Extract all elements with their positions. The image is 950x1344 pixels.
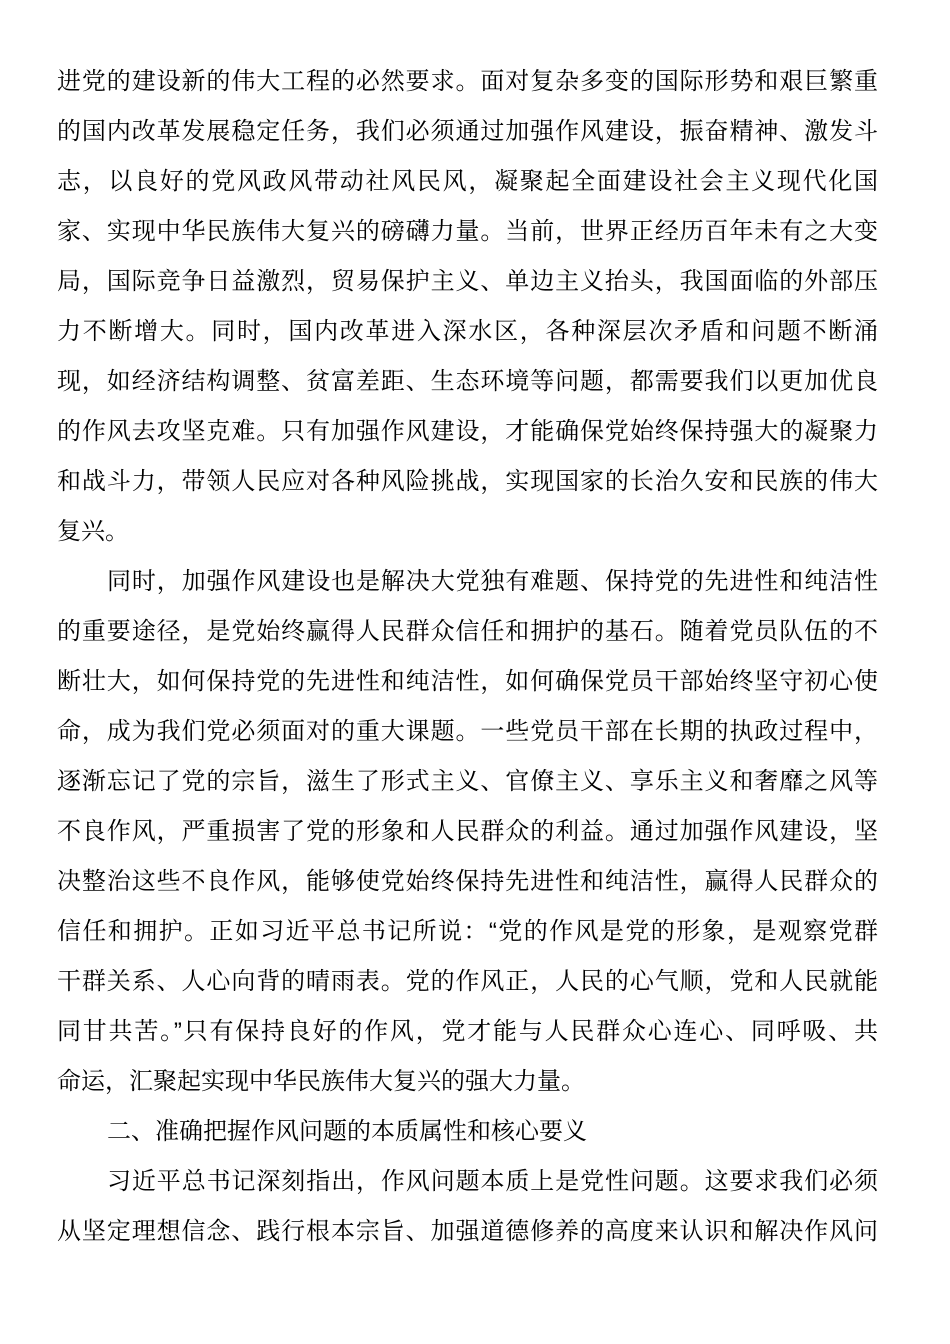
text-line: 现，如经济结构调整、贫富差距、生态环境等问题，都需要我们以更加优良 [57,357,878,407]
text-line: 复兴。 [57,507,878,557]
text-line: 和战斗力，带领人民应对各种风险挑战，实现国家的长治久安和民族的伟大 [57,457,878,507]
text-line: 信任和拥护。正如习近平总书记所说：“党的作风是党的形象，是观察党群 [57,907,878,957]
text-line: 的作风去攻坚克难。只有加强作风建设，才能确保党始终保持强大的凝聚力 [57,407,878,457]
text-line: 的国内改革发展稳定任务，我们必须通过加强作风建设，振奋精神、激发斗 [57,107,878,157]
text-line: 逐渐忘记了党的宗旨，滋生了形式主义、官僚主义、享乐主义和奢靡之风等 [57,757,878,807]
paragraph-3: 习近平总书记深刻指出，作风问题本质上是党性问题。这要求我们必须 从坚定理想信念、… [57,1157,878,1257]
text-line: 不良作风，严重损害了党的形象和人民群众的利益。通过加强作风建设，坚 [57,807,878,857]
text-line: 命，成为我们党必须面对的重大课题。一些党员干部在长期的执政过程中， [57,707,878,757]
text-line: 同时，加强作风建设也是解决大党独有难题、保持党的先进性和纯洁性 [57,557,878,607]
section-heading-2: 二、准确把握作风问题的本质属性和核心要义 [57,1107,878,1157]
text-line: 力不断增大。同时，国内改革进入深水区，各种深层次矛盾和问题不断涌 [57,307,878,357]
section-heading: 二、准确把握作风问题的本质属性和核心要义 [57,1107,878,1157]
text-line: 决整治这些不良作风，能够使党始终保持先进性和纯洁性，赢得人民群众的 [57,857,878,907]
text-line: 进党的建设新的伟大工程的必然要求。面对复杂多变的国际形势和艰巨繁重 [57,57,878,107]
text-line: 家、实现中华民族伟大复兴的磅礴力量。当前，世界正经历百年未有之大变 [57,207,878,257]
text-line: 命运，汇聚起实现中华民族伟大复兴的强大力量。 [57,1057,878,1107]
paragraph-1: 进党的建设新的伟大工程的必然要求。面对复杂多变的国际形势和艰巨繁重 的国内改革发… [57,57,878,557]
text-line: 同甘共苦。”只有保持良好的作风，党才能与人民群众心连心、同呼吸、共 [57,1007,878,1057]
paragraph-2: 同时，加强作风建设也是解决大党独有难题、保持党的先进性和纯洁性 的重要途径，是党… [57,557,878,1107]
text-line: 断壮大，如何保持党的先进性和纯洁性，如何确保党员干部始终坚守初心使 [57,657,878,707]
document-content: 进党的建设新的伟大工程的必然要求。面对复杂多变的国际形势和艰巨繁重 的国内改革发… [57,57,878,1257]
text-line: 的重要途径，是党始终赢得人民群众信任和拥护的基石。随着党员队伍的不 [57,607,878,657]
text-line: 局，国际竞争日益激烈，贸易保护主义、单边主义抬头，我国面临的外部压 [57,257,878,307]
text-line: 从坚定理想信念、践行根本宗旨、加强道德修养的高度来认识和解决作风问 [57,1207,878,1257]
text-line: 习近平总书记深刻指出，作风问题本质上是党性问题。这要求我们必须 [57,1157,878,1207]
document-page: 进党的建设新的伟大工程的必然要求。面对复杂多变的国际形势和艰巨繁重 的国内改革发… [0,0,950,1344]
text-line: 志，以良好的党风政风带动社风民风，凝聚起全面建设社会主义现代化国 [57,157,878,207]
text-line: 干群关系、人心向背的晴雨表。党的作风正，人民的心气顺，党和人民就能 [57,957,878,1007]
